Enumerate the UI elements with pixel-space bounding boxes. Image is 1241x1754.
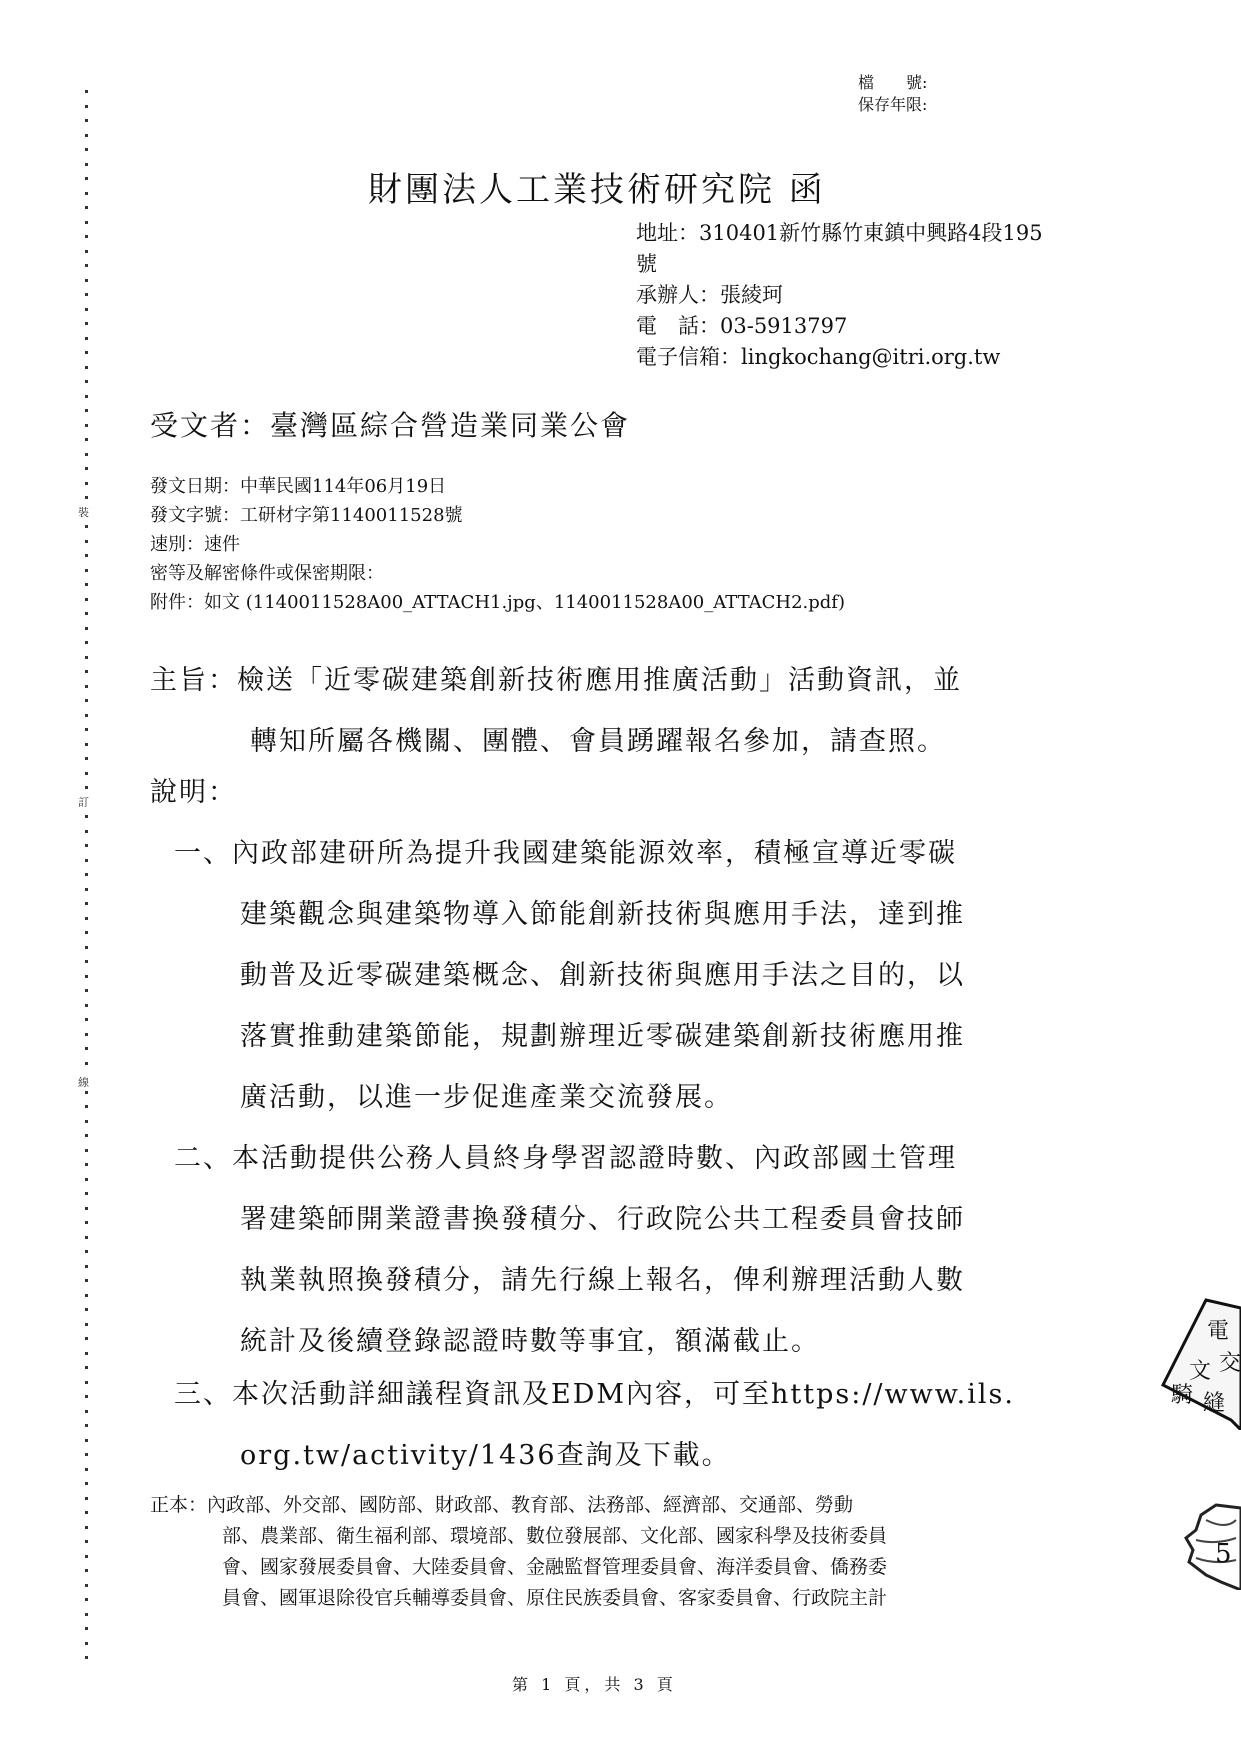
- binding-dot: [85, 409, 88, 412]
- binding-dot: [85, 815, 88, 818]
- binding-dot: [85, 525, 88, 528]
- binding-dot: [85, 1192, 88, 1195]
- binding-dot: [85, 786, 88, 789]
- binding-dot: [85, 917, 88, 920]
- binding-dot: [85, 1511, 88, 1514]
- binding-dot: [85, 351, 88, 354]
- binding-dot: [85, 1424, 88, 1427]
- cc-line: 會、國家發展委員會、大陸委員會、金融監督管理委員會、海洋委員會、僑務委: [150, 1552, 887, 1583]
- svg-text:5: 5: [1215, 1539, 1232, 1569]
- binding-dot: [85, 1584, 88, 1587]
- file-number-label: 檔 號:: [858, 72, 927, 94]
- binding-dot: [85, 1540, 88, 1543]
- binding-dot: [85, 337, 88, 340]
- binding-dot: [85, 1134, 88, 1137]
- binding-dot: [85, 1395, 88, 1398]
- binding-dot: [85, 1062, 88, 1065]
- item-line: 建築觀念與建築物導入節能創新技術與應用手法，達到推: [174, 884, 965, 945]
- binding-dot: [85, 453, 88, 456]
- binding-dot: [85, 873, 88, 876]
- cc-line: 正本：內政部、外交部、國防部、財政部、教育部、法務部、經濟部、交通部、勞動: [150, 1490, 887, 1521]
- binding-dot: [85, 1555, 88, 1558]
- binding-dot: [85, 844, 88, 847]
- explanation-item-2: 二、本活動提供公務人員終身學習認證時數、內政部國土管理 署建築師開業證書換發積分…: [174, 1128, 965, 1372]
- binding-dot: [85, 192, 88, 195]
- binding-mark: 線: [78, 1074, 89, 1090]
- binding-dot: [85, 627, 88, 630]
- seal-stamp-icon: 電 文 交 騎 縫: [1161, 1290, 1241, 1430]
- subject: 主旨：檢送「近零碳建築創新技術應用推廣活動」活動資訊，並 轉知所屬各機關、團體、…: [150, 650, 962, 772]
- binding-dot: [85, 902, 88, 905]
- file-meta: 檔 號: 保存年限:: [858, 72, 927, 116]
- binding-dot: [85, 859, 88, 862]
- binding-dot: [85, 1207, 88, 1210]
- binding-dot: [85, 960, 88, 963]
- binding-dot: [85, 1410, 88, 1413]
- binding-dot: [85, 598, 88, 601]
- sender-phone: 電 話：03-5913797: [636, 311, 1043, 342]
- subject-line: 轉知所屬各機關、團體、會員踴躍報名參加，請查照。: [150, 711, 962, 772]
- binding-dot: [85, 583, 88, 586]
- binding-dot: [85, 1569, 88, 1572]
- binding-dot: [85, 670, 88, 673]
- binding-dot: [85, 279, 88, 282]
- item-line: 一、內政部建研所為提升我國建築能源效率，積極宣導近零碳: [174, 823, 965, 884]
- binding-dot: [85, 467, 88, 470]
- cc-line: 部、農業部、衛生福利部、環境部、數位發展部、文化部、國家科學及技術委員: [150, 1521, 887, 1552]
- binding-dot: [85, 482, 88, 485]
- binding-dot: [85, 1294, 88, 1297]
- binding-dot: [85, 177, 88, 180]
- binding-dot: [85, 946, 88, 949]
- binding-dot: [85, 308, 88, 311]
- svg-text:交: 交: [1219, 1351, 1241, 1376]
- binding-dot: [85, 569, 88, 572]
- page-footer: 第 1 頁，共 3 頁: [512, 1672, 677, 1695]
- binding-dot: [85, 888, 88, 891]
- binding-dot: [85, 1439, 88, 1442]
- item-line: org.tw/activity/1436查詢及下載。: [174, 1425, 1015, 1486]
- item-line: 三、本次活動詳細議程資訊及EDM內容，可至https://www.ils.: [174, 1364, 1015, 1425]
- binding-dot: [85, 293, 88, 296]
- binding-dot: [85, 641, 88, 644]
- binding-dot: [85, 1091, 88, 1094]
- document-title: 財團法人工業技術研究院 函: [368, 162, 826, 211]
- binding-dot: [85, 163, 88, 166]
- item-line: 動普及近零碳建築概念、創新技術與應用手法之目的，以: [174, 945, 965, 1006]
- binding-dot: [85, 699, 88, 702]
- binding-dot: [85, 1453, 88, 1456]
- binding-mark: 裝: [78, 504, 89, 520]
- item-line: 落實推動建築節能，規劃辦理近零碳建築創新技術應用推: [174, 1006, 965, 1067]
- binding-dot: [85, 1149, 88, 1152]
- doc-number: 發文字號：工研材字第1140011528號: [150, 501, 845, 530]
- binding-line: 裝訂線: [80, 90, 94, 1670]
- binding-dot: [85, 322, 88, 325]
- binding-dot: [85, 1105, 88, 1108]
- binding-dot: [85, 264, 88, 267]
- binding-dot: [85, 438, 88, 441]
- explanation-label: 說明：: [150, 770, 237, 809]
- binding-dot: [85, 380, 88, 383]
- binding-dot: [85, 1047, 88, 1050]
- svg-text:文: 文: [1189, 1359, 1211, 1384]
- binding-dot: [85, 1366, 88, 1369]
- binding-dot: [85, 931, 88, 934]
- binding-dot: [85, 757, 88, 760]
- binding-dot: [85, 1497, 88, 1500]
- binding-dot: [85, 235, 88, 238]
- binding-dot: [85, 772, 88, 775]
- binding-dot: [85, 1120, 88, 1123]
- binding-dot: [85, 90, 88, 93]
- binding-dot: [85, 1627, 88, 1630]
- binding-dot: [85, 1381, 88, 1384]
- item-line: 廣活動，以進一步促進產業交流發展。: [174, 1067, 965, 1128]
- binding-dot: [85, 975, 88, 978]
- document-meta: 發文日期：中華民國114年06月19日 發文字號：工研材字第1140011528…: [150, 472, 845, 617]
- binding-dot: [85, 989, 88, 992]
- explanation-item-1: 一、內政部建研所為提升我國建築能源效率，積極宣導近零碳 建築觀念與建築物導入節能…: [174, 823, 965, 1128]
- binding-dot: [85, 1033, 88, 1036]
- binding-dot: [85, 1352, 88, 1355]
- binding-dot: [85, 554, 88, 557]
- attachments: 附件：如文 (1140011528A00_ATTACH1.jpg、1140011…: [150, 588, 845, 617]
- issue-date: 發文日期：中華民國114年06月19日: [150, 472, 845, 501]
- binding-dot: [85, 221, 88, 224]
- binding-dot: [85, 250, 88, 253]
- binding-dot: [85, 656, 88, 659]
- binding-dot: [85, 1163, 88, 1166]
- binding-dot: [85, 685, 88, 688]
- speed: 速別：速件: [150, 530, 845, 559]
- cc-line: 員會、國軍退除役官兵輔導委員會、原住民族委員會、客家委員會、行政院主計: [150, 1583, 887, 1614]
- item-line: 統計及後續登錄認證時數等事宜，額滿截止。: [174, 1311, 965, 1372]
- binding-dot: [85, 105, 88, 108]
- recipient: 受文者：臺灣區綜合營造業同業公會: [150, 404, 630, 444]
- explanation-item-3: 三、本次活動詳細議程資訊及EDM內容，可至https://www.ils. or…: [174, 1364, 1015, 1486]
- binding-dot: [85, 1018, 88, 1021]
- svg-text:電: 電: [1207, 1319, 1229, 1344]
- binding-dot: [85, 1308, 88, 1311]
- binding-dot: [85, 1598, 88, 1601]
- binding-dot: [85, 728, 88, 731]
- svg-text:縫: 縫: [1203, 1391, 1225, 1416]
- classification: 密等及解密條件或保密期限：: [150, 559, 845, 588]
- sender-email: 電子信箱：lingkochang@itri.org.tw: [636, 342, 1043, 373]
- binding-dot: [85, 119, 88, 122]
- binding-dot: [85, 1221, 88, 1224]
- binding-dot: [85, 1279, 88, 1282]
- binding-dot: [85, 1526, 88, 1529]
- binding-dot: [85, 1468, 88, 1471]
- binding-dot: [85, 1236, 88, 1239]
- binding-dot: [85, 714, 88, 717]
- binding-dot: [85, 1656, 88, 1659]
- binding-dot: [85, 743, 88, 746]
- binding-dot: [85, 540, 88, 543]
- sender-handler: 承辦人：張綾珂: [636, 280, 1043, 311]
- item-line: 執業執照換發積分，請先行線上報名，俾利辦理活動人數: [174, 1250, 965, 1311]
- binding-dot: [85, 206, 88, 209]
- binding-dot: [85, 424, 88, 427]
- binding-dot: [85, 1250, 88, 1253]
- binding-dot: [85, 1178, 88, 1181]
- retention-label: 保存年限:: [858, 94, 927, 116]
- subject-line: 主旨：檢送「近零碳建築創新技術應用推廣活動」活動資訊，並: [150, 650, 962, 711]
- binding-dot: [85, 395, 88, 398]
- number-stamp-icon: 5: [1181, 1500, 1241, 1590]
- cc-recipients: 正本：內政部、外交部、國防部、財政部、教育部、法務部、經濟部、交通部、勞動 部、…: [150, 1490, 887, 1614]
- sender-address-cont: 號: [636, 249, 1043, 280]
- binding-dot: [85, 1265, 88, 1268]
- item-line: 署建築師開業證書換發積分、行政院公共工程委員會技師: [174, 1189, 965, 1250]
- binding-dot: [85, 1004, 88, 1007]
- sender-address: 地址：310401新竹縣竹東鎮中興路4段195: [636, 218, 1043, 249]
- binding-dot: [85, 830, 88, 833]
- item-line: 二、本活動提供公務人員終身學習認證時數、內政部國土管理: [174, 1128, 965, 1189]
- binding-dot: [85, 1482, 88, 1485]
- binding-dot: [85, 1323, 88, 1326]
- binding-dot: [85, 612, 88, 615]
- sender-info: 地址：310401新竹縣竹東鎮中興路4段195 號 承辦人：張綾珂 電 話：03…: [636, 218, 1043, 373]
- binding-dot: [85, 134, 88, 137]
- binding-dot: [85, 148, 88, 151]
- binding-dot: [85, 1337, 88, 1340]
- binding-dot: [85, 1642, 88, 1645]
- binding-mark: 訂: [78, 794, 89, 810]
- binding-dot: [85, 1613, 88, 1616]
- binding-dot: [85, 496, 88, 499]
- svg-text:騎: 騎: [1170, 1383, 1193, 1408]
- binding-dot: [85, 366, 88, 369]
